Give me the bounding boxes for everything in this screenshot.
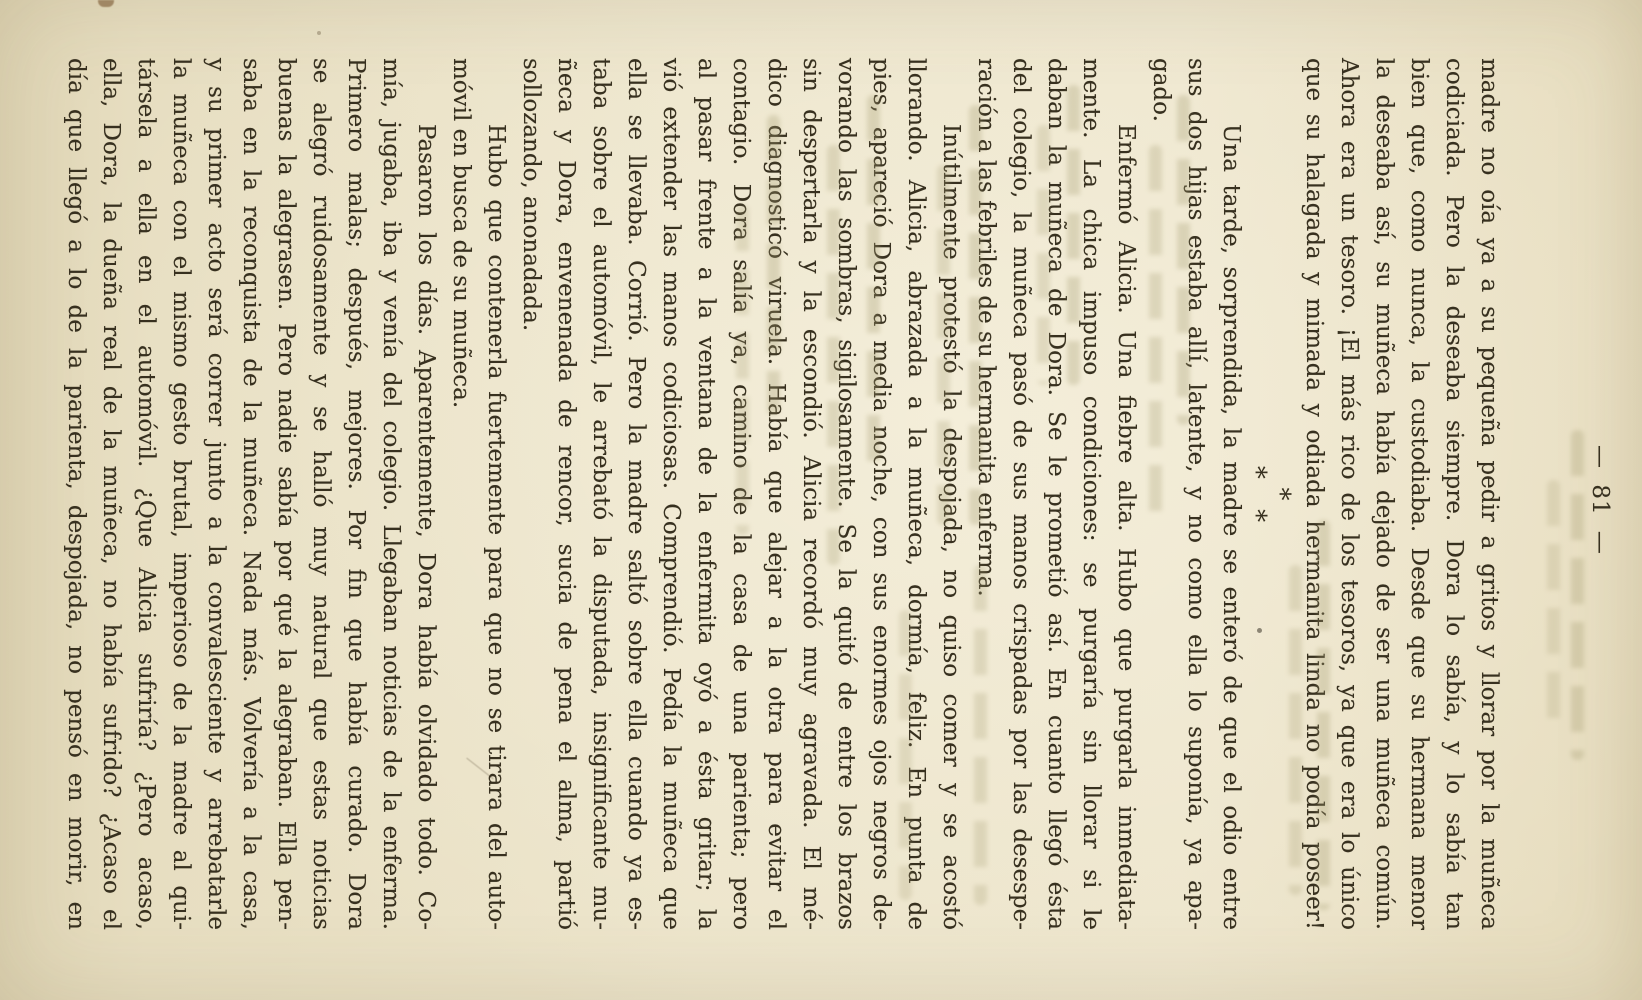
text-line: codiciada. Pero la deseaba siempre. Dora… — [1436, 58, 1471, 930]
text-line: al pasar frente a la ventana de la enfer… — [688, 58, 723, 930]
text-line: mía, jugaba, iba y venía del colegio. Ll… — [373, 58, 408, 930]
text-line: vió extender las manos codiciosas. Compr… — [653, 58, 688, 930]
asterisk-row: * — [1270, 58, 1294, 930]
paragraph: Enfermó Alicia. Una fiebre alta. Hubo qu… — [968, 58, 1143, 930]
text-line: Inútilmente protestó la despojada, no qu… — [933, 58, 968, 930]
text-line: ella, Dora, la dueña real de la muñeca, … — [93, 58, 128, 930]
paragraph: Una tarde, sorprendida, la madre se ente… — [1143, 58, 1248, 930]
text-line: ñeca y Dora, envenenada de rencor, sucia… — [548, 58, 583, 930]
text-line: daban la muñeca de Dora. Se le prometió … — [1038, 58, 1073, 930]
paragraph: madre no oía ya a su pequeña pedir a gri… — [1296, 58, 1506, 930]
text-line: la muñeca con el mismo gesto brutal, imp… — [163, 58, 198, 930]
text-line: buenas la alegrasen. Pero nadie sabía po… — [268, 58, 303, 930]
text-line: contagio. Dora salía ya, camino de la ca… — [723, 58, 758, 930]
text-line: sollozando, anonadada. — [513, 58, 548, 930]
text-line: vorando las sombras, sigilosamente. Se l… — [828, 58, 863, 930]
section-separator: ** * — [1246, 58, 1294, 930]
text-line: Pasaron los días. Aparentemente, Dora ha… — [408, 58, 443, 930]
text-line: pies, apareció Dora a media noche, con s… — [863, 58, 898, 930]
text-line: móvil en busca de su muñeca. — [443, 58, 478, 930]
page-number: — 81 — — [1582, 0, 1618, 1000]
text-line: társela a ella en el automóvil. ¿Que Ali… — [128, 58, 163, 930]
scanned-page-background: — 81 — madre no oía ya a su pequeña pedi… — [0, 0, 1642, 1000]
text-line: dico diagnosticó viruela. Había que alej… — [758, 58, 793, 930]
text-line: sin despertarla y la escondió. Alicia re… — [793, 58, 828, 930]
text-line: y su primer acto será correr junto a la … — [198, 58, 233, 930]
paragraph: Hubo que contenerla fuertemente para que… — [443, 58, 513, 930]
text-line: madre no oía ya a su pequeña pedir a gri… — [1471, 58, 1506, 930]
text-line: mente. La chica impuso condiciones: se p… — [1073, 58, 1108, 930]
text-line: gado. — [1143, 58, 1178, 930]
text-line: llorando. Alicia, abrazada a la muñeca, … — [898, 58, 933, 930]
text-line: taba sobre el automóvil, le arrebató la … — [583, 58, 618, 930]
text-line: del colegio, la muñeca pasó de sus manos… — [1003, 58, 1038, 930]
text-line: día que llegó a lo de la parienta, despo… — [58, 58, 93, 930]
book-page: — 81 — madre no oía ya a su pequeña pedi… — [0, 0, 1642, 1000]
text-line: sus dos hijas estaba allí, latente, y no… — [1178, 58, 1213, 930]
paragraph: Inútilmente protestó la despojada, no qu… — [513, 58, 968, 930]
text-line: la deseaba así, su muñeca había dejado d… — [1366, 58, 1401, 930]
text-line: Hubo que contenerla fuertemente para que… — [478, 58, 513, 930]
text-line: bien que, como nunca, la custodiaba. Des… — [1401, 58, 1436, 930]
text-line: se alegró ruidosamente y se halló muy na… — [303, 58, 338, 930]
text-line: ración a las febriles de su hermanita en… — [968, 58, 1003, 930]
paragraph: Pasaron los días. Aparentemente, Dora ha… — [58, 58, 443, 930]
text-line: Una tarde, sorprendida, la madre se ente… — [1213, 58, 1248, 930]
text-line: Enfermó Alicia. Una fiebre alta. Hubo qu… — [1108, 58, 1143, 930]
text-line: Ahora era un tesoro. ¡El más rico de los… — [1331, 58, 1366, 930]
asterisk-row: * * — [1246, 58, 1270, 930]
bleed-through-smudge — [1547, 480, 1560, 730]
text-line: ella se llevaba. Corrió. Pero la madre s… — [618, 58, 653, 930]
text-line: Primero malas; después, mejores. Por fin… — [338, 58, 373, 930]
page-text-block: madre no oía ya a su pequeña pedir a gri… — [58, 58, 1506, 930]
text-line: saba en la reconquista de la muñeca. Nad… — [233, 58, 268, 930]
text-line: que su halagada y mimada y odiada herman… — [1296, 58, 1331, 930]
